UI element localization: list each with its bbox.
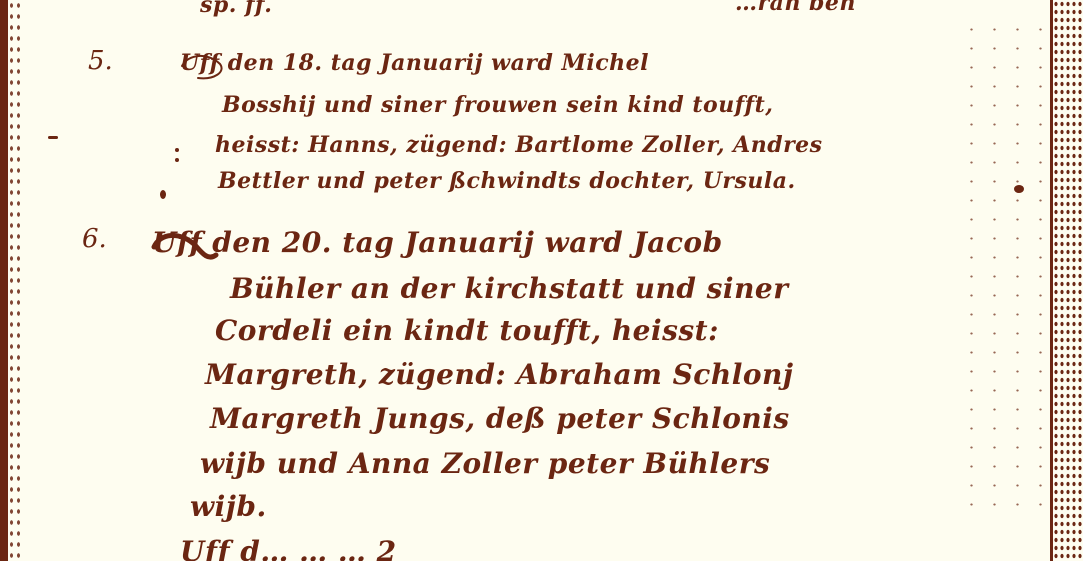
entry-6-line-4: Margreth, zügend: Abraham Schlonj [205, 358, 794, 391]
initial-flourish-icon [150, 225, 230, 275]
bottom-fragment: Uff d… … … 2 [180, 535, 397, 561]
right-edge-speckle [1053, 0, 1083, 561]
entry-6-line-7: wijb. [190, 490, 267, 523]
paper-stains [960, 20, 1050, 520]
top-fragment-right: …ran ben [735, 0, 856, 16]
ink-dot [175, 148, 179, 152]
entry-5-line-3: heisst: Hanns, zügend: Bartlome Zoller, … [215, 132, 823, 158]
manuscript-page: sp. ff. …ran ben 5. Uff den 18. tag Janu… [0, 0, 1083, 561]
entry-6-line-6: wijb und Anna Zoller peter Bühlers [200, 447, 770, 480]
entry-5-line-1: Uff den 18. tag Januarij ward Michel [180, 50, 649, 76]
top-fragment-left: sp. ff. [200, 0, 272, 18]
entry-6-line-2: Bühler an der kirchstatt und siner [230, 272, 789, 305]
ink-blot [1014, 185, 1024, 193]
ink-dash [48, 136, 58, 139]
ink-dot [175, 158, 179, 162]
left-binding-edge [0, 0, 8, 561]
ink-dot [160, 190, 166, 199]
initial-flourish-icon [178, 50, 248, 90]
entry-6-line-5: Margreth Jungs, deß peter Schlonis [210, 402, 790, 435]
entry-5-line-4: Bettler und peter ßchwindts dochter, Urs… [218, 168, 796, 194]
entry-6-line-1: Uff den 20. tag Januarij ward Jacob [152, 226, 723, 259]
entry-5-line-2: Bosshij und siner frouwen sein kind touf… [222, 92, 773, 118]
entry-number-5: 5. [88, 46, 113, 76]
entry-6-line-3: Cordeli ein kindt toufft, heisst: [215, 314, 719, 347]
entry-number-6: 6. [82, 224, 107, 254]
left-edge-speckle [8, 0, 22, 561]
